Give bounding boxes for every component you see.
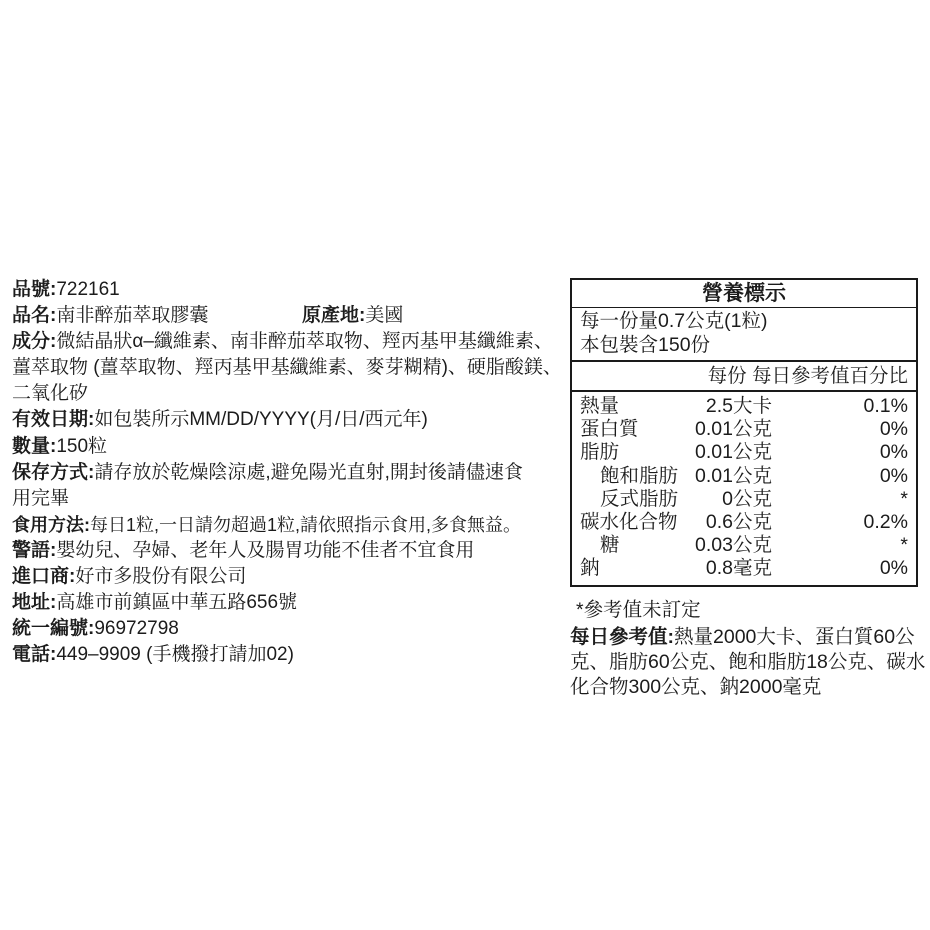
quantity-value: 150粒 xyxy=(56,436,107,457)
nutrient-daily-value: 0% xyxy=(772,465,908,488)
nutrient-amount: 0.03公克 xyxy=(692,534,772,557)
storage-label: 保存方式: xyxy=(12,462,94,483)
uniform-number-value: 96972798 xyxy=(94,618,179,639)
nutrition-table: 營養標示 每一份量0.7公克(1粒) 本包裝含150份 每份 每日參考值百分比 … xyxy=(570,278,918,587)
nutrient-amount: 0.8毫克 xyxy=(692,557,772,580)
usage-label: 食用方法: xyxy=(12,515,90,535)
field-usage: 食用方法:每日1粒,一日請勿超過1粒,請依照指示食用,多食無益。 xyxy=(12,512,612,538)
daily-reference-note: 每日參考值:熱量2000大卡、蛋白質60公克、脂肪60公克、飽和脂肪18公克、碳… xyxy=(570,625,930,700)
nutrient-name: 飽和脂肪 xyxy=(580,465,692,488)
nutrient-amount: 0.01公克 xyxy=(692,465,772,488)
nutrient-amount: 2.5大卡 xyxy=(692,395,772,418)
importer-value: 好市多股份有限公司 xyxy=(75,566,246,587)
servings-per-pack: 本包裝含150份 xyxy=(580,333,908,357)
nutrient-daily-value: 0% xyxy=(772,557,908,580)
warning-value: 嬰幼兒、孕婦、老年人及腸胃功能不佳者不宜食用 xyxy=(56,540,474,561)
field-expiry-date: 有效日期:如包裝所示MM/DD/YYYY(月/日/西元年) xyxy=(12,407,612,433)
nutrient-amount: 0.01公克 xyxy=(692,441,772,464)
serving-size: 每一份量0.7公克(1粒) xyxy=(580,309,908,333)
phone-label: 電話: xyxy=(12,644,56,665)
serving-info: 每一份量0.7公克(1粒) 本包裝含150份 xyxy=(572,308,916,362)
nutrient-amount: 0.01公克 xyxy=(692,418,772,441)
field-phone: 電話:449–9909 (手機撥打請加02) xyxy=(12,642,612,668)
field-ingredients-line-3: 二氧化矽 xyxy=(12,381,612,407)
expiry-date-value: 如包裝所示MM/DD/YYYY(月/日/西元年) xyxy=(94,409,428,430)
field-origin: 原產地:美國 xyxy=(302,303,403,329)
nutrient-row-fat: 脂肪 0.01公克 0% xyxy=(580,441,908,464)
origin-value: 美國 xyxy=(365,305,403,326)
nutrient-name: 蛋白質 xyxy=(580,418,692,441)
nutrient-name: 反式脂肪 xyxy=(580,488,692,511)
storage-line-2: 用完畢 xyxy=(12,488,69,509)
nutrition-title: 營養標示 xyxy=(572,280,916,308)
field-importer: 進口商:好市多股份有限公司 xyxy=(12,564,612,590)
field-storage-line-1: 保存方式:請存放於乾燥陰涼處,避免陽光直射,開封後請儘速食 xyxy=(12,460,612,486)
uniform-number-label: 統一編號: xyxy=(12,618,94,639)
field-address: 地址:高雄市前鎮區中華五路656號 xyxy=(12,590,612,616)
ingredients-line-3: 二氧化矽 xyxy=(12,383,88,404)
nutrient-amount: 0公克 xyxy=(692,488,772,511)
address-label: 地址: xyxy=(12,592,56,613)
nutrient-name: 脂肪 xyxy=(580,441,692,464)
nutrient-daily-value: 0% xyxy=(772,418,908,441)
nutrient-name: 鈉 xyxy=(580,557,692,580)
phone-value: 449–9909 (手機撥打請加02) xyxy=(56,644,294,665)
nutrient-name: 糖 xyxy=(580,534,692,557)
field-quantity: 數量:150粒 xyxy=(12,434,612,460)
nutrient-daily-value: 0.2% xyxy=(772,511,908,534)
product-name-label: 品名: xyxy=(12,305,56,326)
origin-label: 原產地: xyxy=(302,305,365,326)
field-item-number: 品號:722161 xyxy=(12,277,612,303)
nutrient-row-sodium: 鈉 0.8毫克 0% xyxy=(580,557,908,580)
usage-value: 每日1粒,一日請勿超過1粒,請依照指示食用,多食無益。 xyxy=(90,515,521,535)
ingredients-line-2: 薑萃取物 (薑萃取物、羥丙基甲基纖維素、麥芽糊精)、硬脂酸鎂、 xyxy=(12,357,562,378)
quantity-label: 數量: xyxy=(12,436,56,457)
daily-reference-label: 每日參考值: xyxy=(570,626,674,648)
importer-label: 進口商: xyxy=(12,566,75,587)
nutrient-row-protein: 蛋白質 0.01公克 0% xyxy=(580,418,908,441)
storage-line-1: 請存放於乾燥陰涼處,避免陽光直射,開封後請儘速食 xyxy=(94,462,523,483)
field-product-name: 品名:南非醉茄萃取膠囊 原產地:美國 xyxy=(12,303,612,329)
nutrient-row-sugar: 糖 0.03公克 * xyxy=(580,534,908,557)
nutrient-daily-value: * xyxy=(772,534,908,557)
product-info: 品號:722161 品名:南非醉茄萃取膠囊 原產地:美國 成分:微結晶狀α–纖維… xyxy=(12,277,612,668)
field-storage-line-2: 用完畢 xyxy=(12,486,612,512)
per-serving-column-header: 每份 每日參考值百分比 xyxy=(572,362,916,392)
nutrient-row-calories: 熱量 2.5大卡 0.1% xyxy=(580,395,908,418)
warning-label: 警語: xyxy=(12,540,56,561)
field-warning: 警語:嬰幼兒、孕婦、老年人及腸胃功能不佳者不宜食用 xyxy=(12,538,612,564)
field-uniform-number: 統一編號:96972798 xyxy=(12,616,612,642)
expiry-date-label: 有效日期: xyxy=(12,409,94,430)
field-ingredients-line-1: 成分:微結晶狀α–纖維素、南非醉茄萃取物、羥丙基甲基纖維素、 xyxy=(12,329,612,355)
ingredients-label: 成分: xyxy=(12,331,56,352)
nutrient-daily-value: 0% xyxy=(772,441,908,464)
nutrient-daily-value: * xyxy=(772,488,908,511)
nutrient-name: 碳水化合物 xyxy=(580,511,692,534)
nutrient-row-trans-fat: 反式脂肪 0公克 * xyxy=(580,488,908,511)
nutrient-name: 熱量 xyxy=(580,395,692,418)
item-number-value: 722161 xyxy=(56,279,119,300)
nutrient-rows: 熱量 2.5大卡 0.1% 蛋白質 0.01公克 0% 脂肪 0.01公克 0%… xyxy=(572,392,916,585)
nutrient-row-saturated-fat: 飽和脂肪 0.01公克 0% xyxy=(580,465,908,488)
nutrient-amount: 0.6公克 xyxy=(692,511,772,534)
item-number-label: 品號: xyxy=(12,279,56,300)
nutrition-panel: 營養標示 每一份量0.7公克(1粒) 本包裝含150份 每份 每日參考值百分比 … xyxy=(570,278,930,700)
ingredients-line-1: 微結晶狀α–纖維素、南非醉茄萃取物、羥丙基甲基纖維素、 xyxy=(56,331,553,352)
product-name-value: 南非醉茄萃取膠囊 xyxy=(56,305,208,326)
field-ingredients-line-2: 薑萃取物 (薑萃取物、羥丙基甲基纖維素、麥芽糊精)、硬脂酸鎂、 xyxy=(12,355,612,381)
address-value: 高雄市前鎮區中華五路656號 xyxy=(56,592,297,613)
nutrient-daily-value: 0.1% xyxy=(772,395,908,418)
reference-value-footnote: *參考值未訂定 xyxy=(570,594,930,622)
nutrient-row-carbohydrate: 碳水化合物 0.6公克 0.2% xyxy=(580,511,908,534)
